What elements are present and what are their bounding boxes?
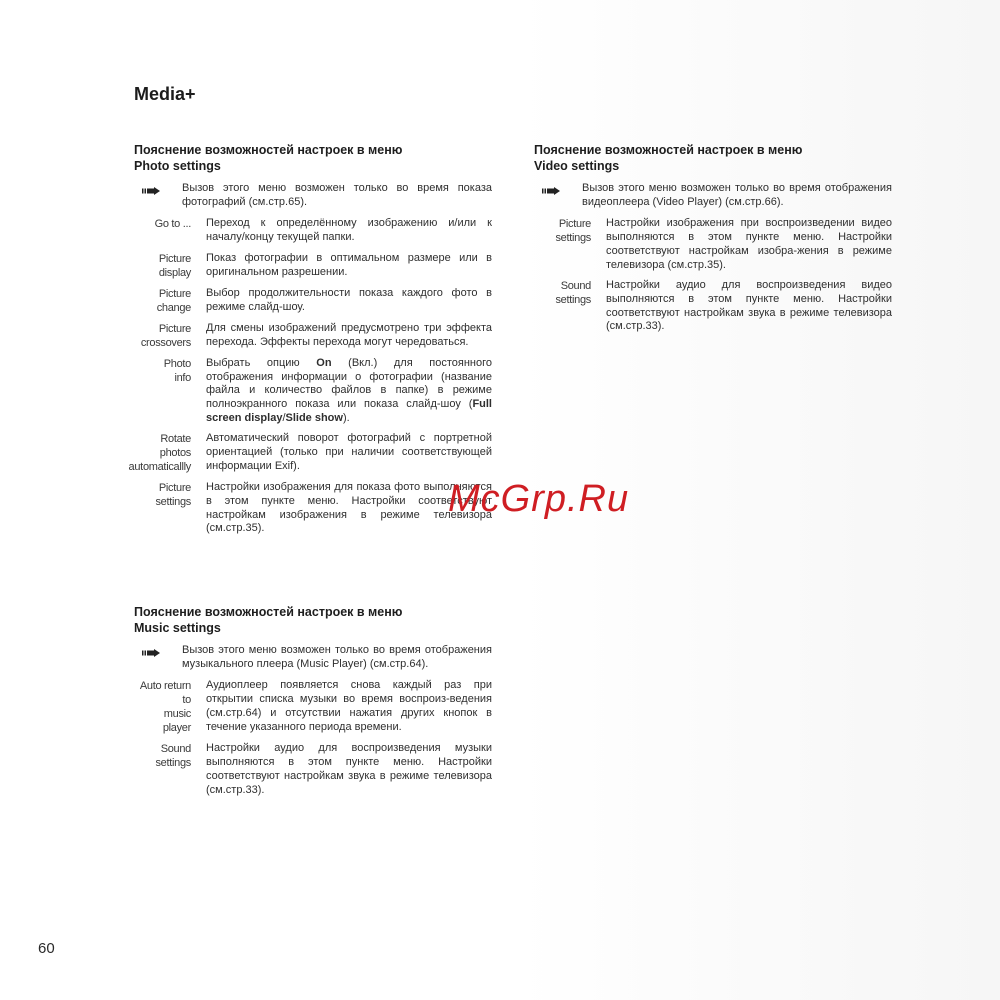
video-settings-section: Пояснение возможностей настроек в меню V… — [534, 142, 892, 341]
setting-term: Sound settings — [534, 279, 606, 334]
heading-line1: Пояснение возможностей настроек в меню — [534, 143, 802, 157]
setting-desc: Выбор продолжительности показа каждого ф… — [206, 287, 492, 315]
heading-line1: Пояснение возможностей настроек в меню — [134, 605, 402, 619]
heading-line1: Пояснение возможностей настроек в меню — [134, 143, 402, 157]
setting-row-picture-crossovers: Picture crossovers Для смены изображений… — [134, 322, 492, 350]
photo-settings-section: Пояснение возможностей настроек в меню P… — [134, 142, 492, 543]
desc-text: Выбрать опцию — [206, 357, 316, 369]
note: Вызов этого меню возможен только во врем… — [534, 182, 892, 209]
page-number: 60 — [38, 940, 55, 957]
setting-desc: Для смены изображений предусмотрено три … — [206, 322, 492, 350]
arrow-right-icon — [534, 182, 582, 209]
setting-desc: Выбрать опцию On (Вкл.) для постоянного … — [206, 357, 492, 426]
setting-term: Picture settings — [534, 217, 606, 272]
setting-desc: Настройки аудио для воспроизведения музы… — [206, 742, 492, 797]
note-text: Вызов этого меню возможен только во врем… — [182, 182, 492, 209]
desc-text: ). — [343, 412, 350, 424]
setting-row-rotate-photos: Rotate photos automaticallly Автоматичес… — [134, 432, 492, 474]
note: Вызов этого меню возможен только во врем… — [134, 182, 492, 209]
arrow-right-icon — [134, 644, 182, 671]
setting-desc: Настройки аудио для воспроизведения виде… — [606, 279, 892, 334]
setting-term: Picture crossovers — [134, 322, 206, 350]
setting-row-sound-settings: Sound settings Настройки аудио для воспр… — [534, 279, 892, 334]
page-title: Media+ — [134, 84, 196, 105]
setting-desc: Аудиоплеер появляется снова каждый раз п… — [206, 679, 492, 735]
setting-row-picture-change: Picture change Выбор продолжительности п… — [134, 287, 492, 315]
setting-row-sound-settings: Sound settings Настройки аудио для воспр… — [134, 742, 492, 797]
setting-desc: Переход к определённому изображению и/ил… — [206, 217, 492, 244]
setting-term: Picture settings — [134, 481, 206, 536]
music-settings-section: Пояснение возможностей настроек в меню M… — [134, 604, 492, 804]
section-heading: Пояснение возможностей настроек в меню M… — [134, 604, 492, 636]
setting-term: Picture display — [134, 252, 206, 280]
option-on: On — [316, 357, 331, 369]
setting-row-picture-settings: Picture settings Настройки изображения п… — [534, 217, 892, 272]
setting-term: Photo info — [134, 357, 206, 426]
setting-row-picture-settings: Picture settings Настройки изображения д… — [134, 481, 492, 536]
heading-line2: Photo settings — [134, 158, 492, 174]
setting-desc: Настройки изображения для показа фото вы… — [206, 481, 492, 536]
option-slide-show: Slide show — [286, 412, 343, 424]
setting-desc: Автоматический поворот фотографий с порт… — [206, 432, 492, 474]
setting-term: Picture change — [134, 287, 206, 315]
note-text: Вызов этого меню возможен только во врем… — [182, 644, 492, 671]
setting-term: Sound settings — [134, 742, 206, 797]
setting-row-picture-display: Picture display Показ фотографии в оптим… — [134, 252, 492, 280]
note-text: Вызов этого меню возможен только во врем… — [582, 182, 892, 209]
setting-desc: Показ фотографии в оптимальном размере и… — [206, 252, 492, 280]
setting-term: Rotate photos automaticallly — [128, 432, 206, 474]
setting-desc: Настройки изображения при воспроизведени… — [606, 217, 892, 272]
heading-line2: Video settings — [534, 158, 892, 174]
setting-row-go-to: Go to ... Переход к определённому изобра… — [134, 217, 492, 244]
setting-term: Auto return to music player — [134, 679, 206, 735]
note: Вызов этого меню возможен только во врем… — [134, 644, 492, 671]
setting-term: Go to ... — [134, 217, 206, 244]
setting-row-photo-info: Photo info Выбрать опцию On (Вкл.) для п… — [134, 357, 492, 426]
section-heading: Пояснение возможностей настроек в меню V… — [534, 142, 892, 174]
setting-row-auto-return: Auto return to music player Аудиоплеер п… — [134, 679, 492, 735]
section-heading: Пояснение возможностей настроек в меню P… — [134, 142, 492, 174]
arrow-right-icon — [134, 182, 182, 209]
heading-line2: Music settings — [134, 620, 492, 636]
